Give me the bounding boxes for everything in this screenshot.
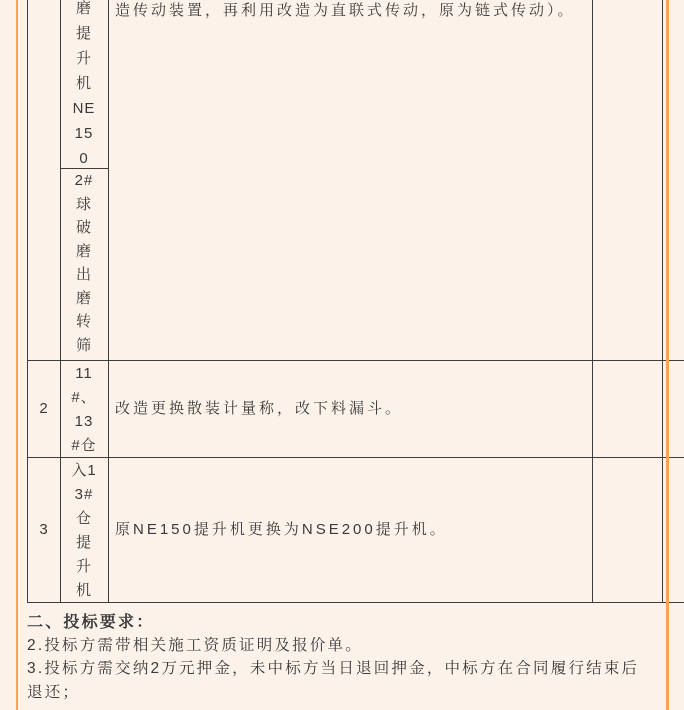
- document-page: { "colors": { "bg": "#fdf2ea", "border":…: [0, 0, 684, 710]
- row2-content: 改造更换散装计量称，改下料漏斗。: [115, 360, 585, 457]
- row3-content: 原NE150提升机更换为NSE200提升机。: [115, 457, 585, 602]
- table-border-item-col: [108, 0, 109, 602]
- row3-item-name: 入1 3# 仓 提 升 机: [60, 459, 108, 603]
- bid-requirement-line: 退还；: [27, 681, 671, 704]
- row2-number: 2: [27, 360, 60, 457]
- row1-item-name-top: 磨 提 升 机 NE 15 0: [60, 0, 108, 171]
- bid-requirement-line: 2.投标方需带相关施工资质证明及报价单。: [27, 634, 671, 657]
- right-margin-accent-line: [666, 0, 669, 710]
- table-bottom-line: [27, 602, 684, 603]
- row1-item-name-bottom: 2# 球 破 磨 出 磨 转 筛: [60, 169, 108, 357]
- row2-item-name: 11 #、 13 #仓: [60, 362, 108, 458]
- table-border-content-col: [592, 0, 593, 602]
- row3-number: 3: [27, 457, 60, 602]
- row1-content: 造传动装置，再利用改造为直联式传动，原为链式传动）。: [115, 0, 585, 22]
- bid-requirements-section: 二、投标要求： 2.投标方需带相关施工资质证明及报价单。 3.投标方需交纳2万元…: [27, 611, 671, 704]
- left-margin-accent-line: [16, 0, 18, 710]
- table-border-right-col: [662, 0, 663, 602]
- bid-requirement-line: 3.投标方需交纳2万元押金，未中标方当日退回押金，中标方在合同履行结束后: [27, 657, 671, 680]
- bid-requirements-heading: 二、投标要求：: [27, 611, 671, 634]
